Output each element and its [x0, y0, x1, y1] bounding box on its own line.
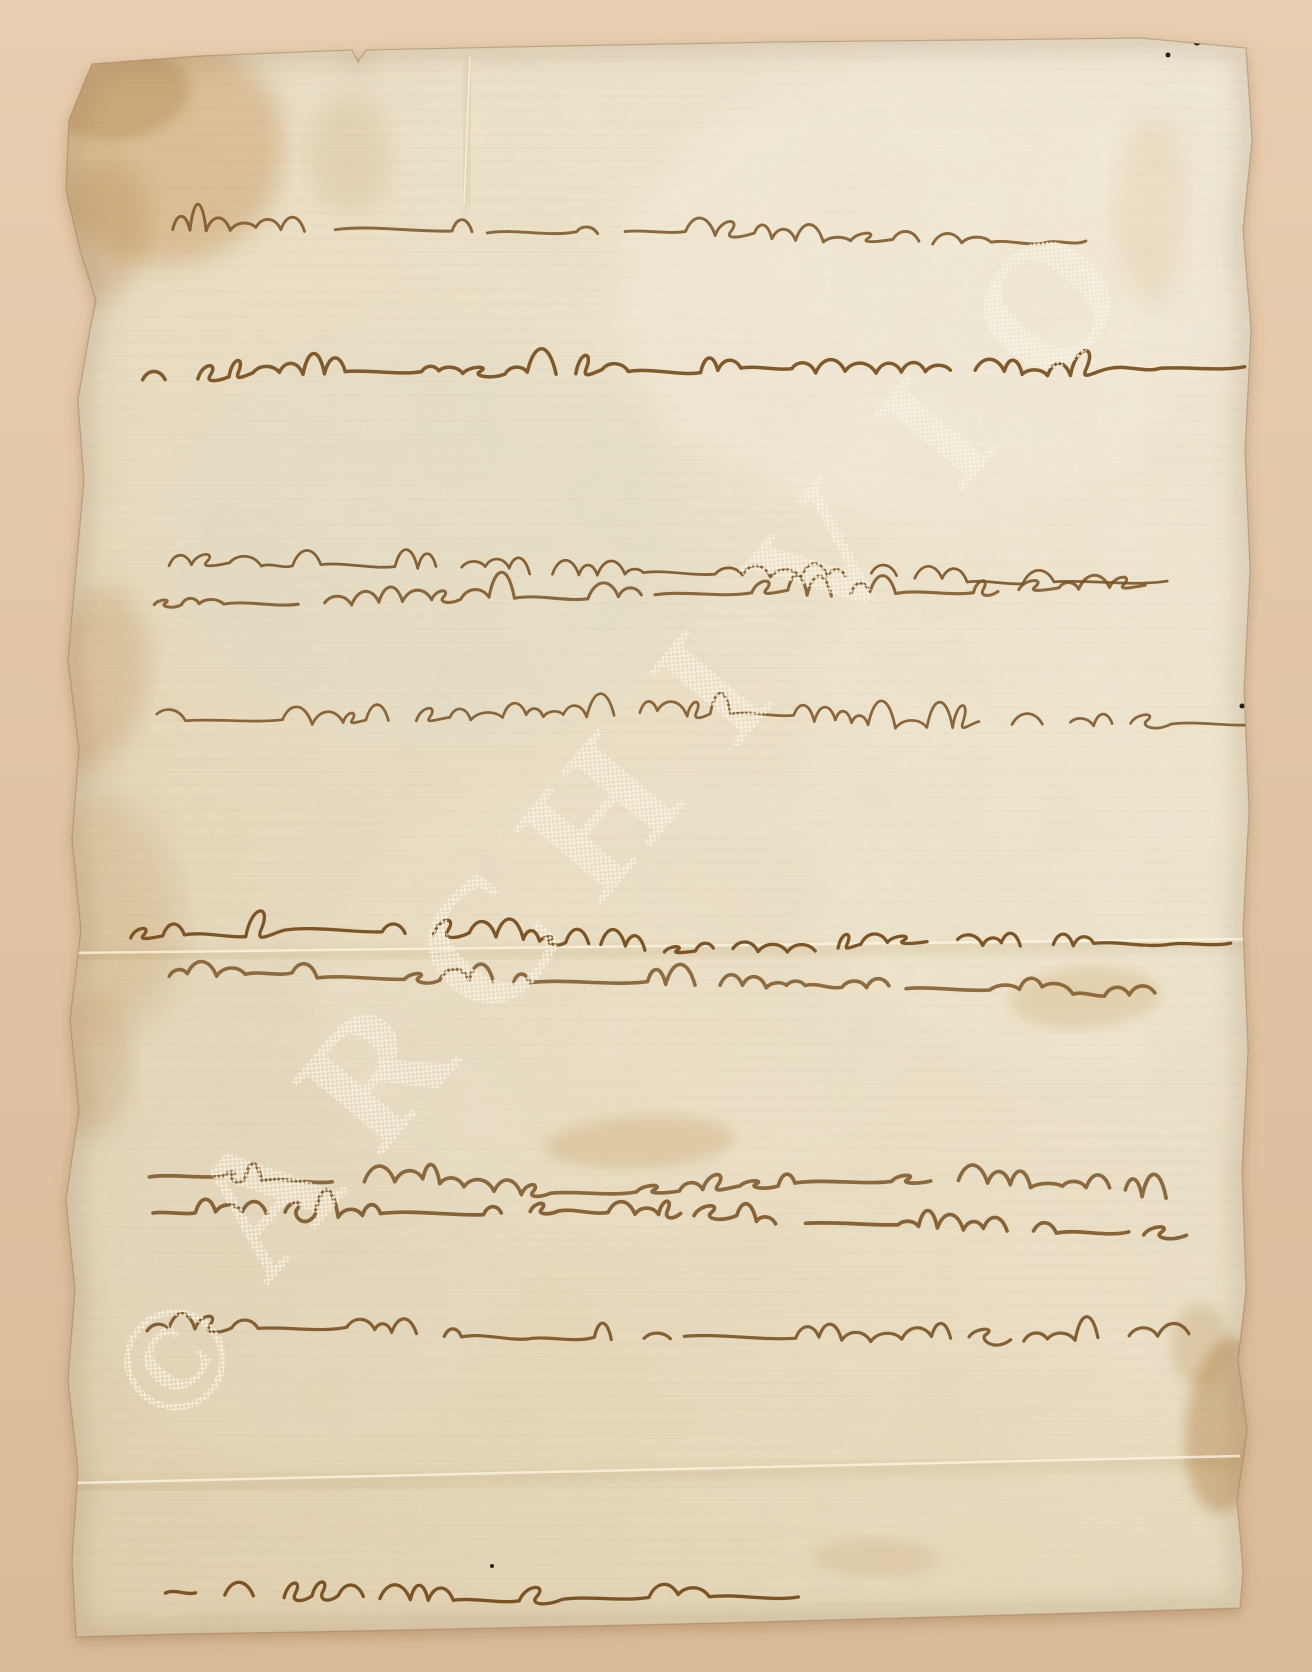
manuscript-scan: ©ARCHIVIO [0, 0, 1312, 1672]
manuscript-svg: ©ARCHIVIO [0, 0, 1312, 1672]
ink-spot [1240, 704, 1245, 709]
ink-spot [490, 1564, 494, 1568]
stain [1172, 1303, 1228, 1387]
ink-spot [1166, 53, 1171, 58]
stain [1114, 120, 1186, 300]
stain [308, 97, 392, 213]
